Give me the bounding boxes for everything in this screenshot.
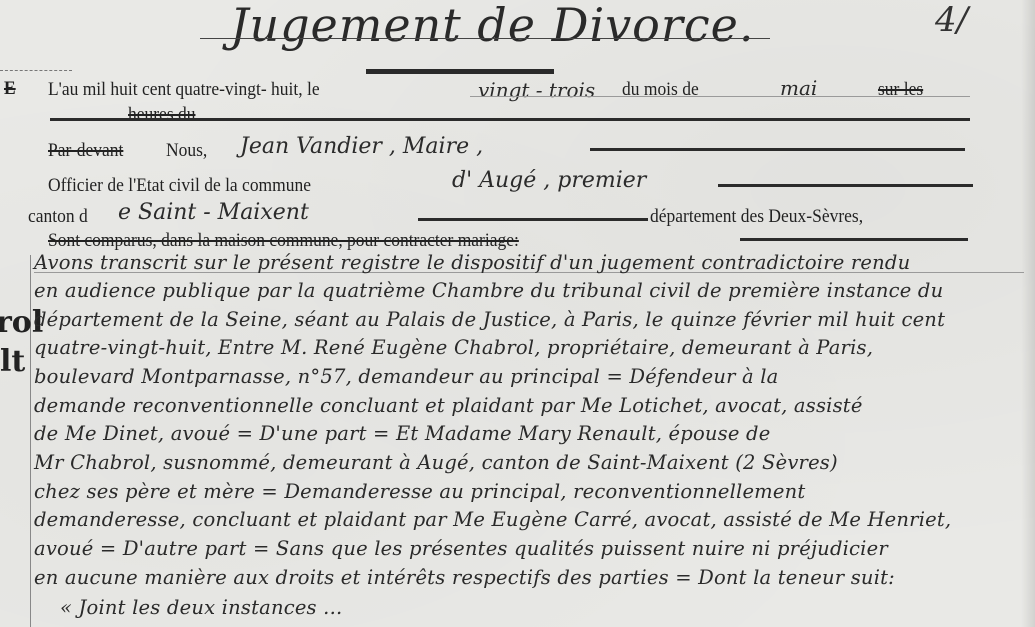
body-line: en audience publique par la quatrième Ch… [34, 279, 943, 302]
body-line: Avons transcrit sur le présent registre … [34, 251, 910, 274]
body-line: Mr Chabrol, susnommé, demeurant à Augé, … [34, 451, 838, 474]
header-canton: canton d [28, 206, 88, 228]
fill-rule [740, 238, 968, 241]
header-line1-mid: du mois de [622, 79, 699, 101]
header-line1-printed: L'au mil huit cent quatre-vingt- huit, l… [48, 79, 320, 101]
document-title: Jugement de Divorce. [230, 0, 754, 52]
commune-name: d' Augé , premier [452, 168, 646, 193]
fill-line [470, 96, 970, 97]
header-struck-par-devant: Par-devant [48, 140, 123, 162]
body-line: « Joint les deux instances ... [60, 596, 342, 619]
body-line: boulevard Montparnasse, n°57, demandeur … [34, 365, 779, 388]
title-bar [366, 69, 554, 74]
title-underline [200, 38, 770, 39]
body-line: avoué = D'autre part = Sans que les prés… [34, 537, 888, 560]
fill-rule [590, 148, 965, 151]
header-nous: Nous, [166, 140, 207, 162]
header-struck-comparus: Sont comparus, dans la maison commune, p… [48, 230, 519, 252]
document-page: Jugement de Divorce. 4/ E L'au mil huit … [0, 0, 1035, 627]
body-line: département de la Seine, séant au Palais… [34, 308, 945, 331]
header-officier: Officier de l'Etat civil de la commune [48, 175, 311, 197]
body-line: chez ses père et mère = Demanderesse au … [34, 480, 805, 503]
fill-rule [718, 184, 973, 187]
header-struck-heures: heures du [128, 104, 195, 126]
mayor-name: Jean Vandier , Maire , [240, 134, 483, 159]
page-edge-shadow [1021, 0, 1035, 627]
fill-rule [418, 218, 648, 221]
corner-annotation: 4/ [935, 0, 968, 40]
canton-name: e Saint - Maixent [118, 200, 309, 225]
fill-rule [50, 118, 970, 121]
header-departement: département des Deux-Sèvres, [650, 206, 863, 228]
margin-note-2: lt [0, 344, 25, 379]
body-line: en aucune manière aux droits et intérêts… [34, 566, 895, 589]
body-line: demande reconventionnelle concluant et p… [34, 394, 863, 417]
body-line: demanderesse, concluant et plaidant par … [34, 508, 951, 531]
margin-dashes [0, 70, 72, 71]
margin-letter: E [4, 78, 16, 100]
body-line: quatre-vingt-huit, Entre M. René Eugène … [34, 336, 873, 359]
header-struck-sur-les: sur les [878, 79, 923, 101]
body-line: de Me Dinet, avoué = D'une part = Et Mad… [34, 422, 770, 445]
header-day: vingt - trois [478, 78, 595, 102]
